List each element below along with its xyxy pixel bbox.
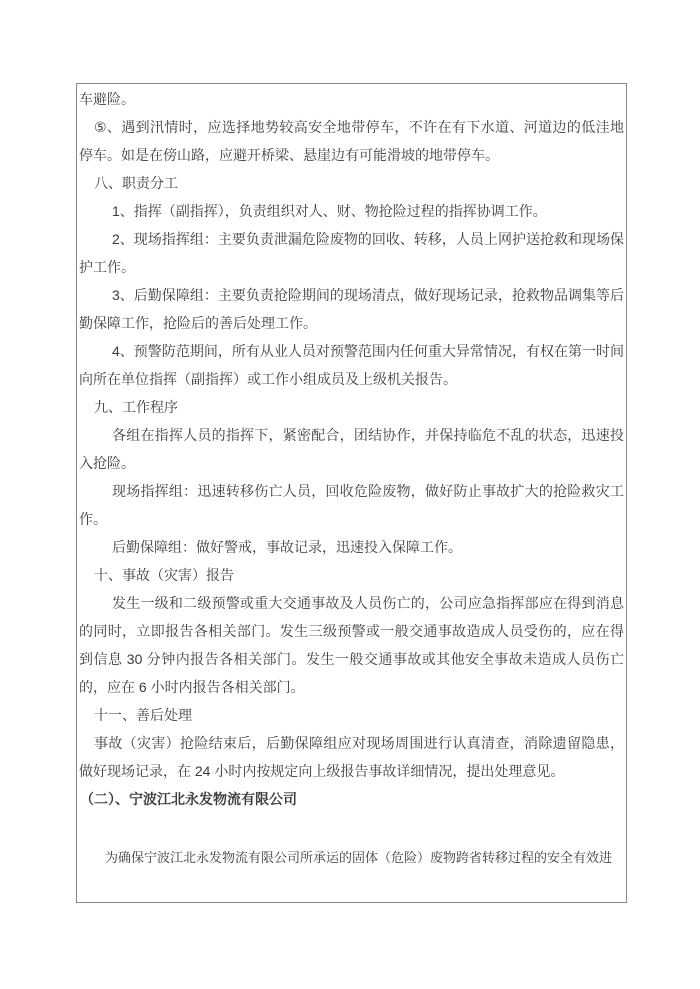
paragraph-site-command-group: 2、现场指挥组：主要负责泄漏危险废物的回收、转移，人员上网护送抢救和现场保护工作… bbox=[79, 225, 624, 281]
paragraph-logistics-action: 后勤保障组：做好警戒，事故记录，迅速投入保障工作。 bbox=[79, 533, 624, 561]
document-page: 车避险。 ⑤、遇到汛情时，应选择地势较高安全地带停车，不许在有下水道、河道边的低… bbox=[0, 0, 700, 989]
paragraph-report-rules: 发生一级和二级预警或重大交通事故及人员伤亡的，公司应急指挥部应在得到消息的同时，… bbox=[79, 589, 624, 701]
paragraph-teamwork: 各组在指挥人员的指挥下，紧密配合，团结协作，并保持临危不乱的状态，迅速投入抢险。 bbox=[79, 421, 624, 477]
section-heading-company: （二）、宁波江北永发物流有限公司 bbox=[79, 785, 624, 813]
paragraph-carryover: 车避险。 bbox=[79, 85, 624, 113]
heading-accident-report: 十、事故（灾害）报告 bbox=[79, 561, 624, 589]
heading-duty-division: 八、职责分工 bbox=[79, 169, 624, 197]
paragraph-site-command-action: 现场指挥组：迅速转移伤亡人员，回收危险废物，做好防止事故扩大的抢险救灾工作。 bbox=[79, 477, 624, 533]
paragraph-closing: 为确保宁波江北永发物流有限公司所承运的固体（危险）废物跨省转移过程的安全有效进 bbox=[79, 845, 624, 871]
paragraph-logistics-group: 3、后勤保障组：主要负责抢险期间的现场清点，做好现场记录，抢救物品调集等后勤保障… bbox=[79, 281, 624, 337]
document-frame: 车避险。 ⑤、遇到汛情时，应选择地势较高安全地带停车，不许在有下水道、河道边的低… bbox=[76, 83, 627, 903]
heading-work-procedure: 九、工作程序 bbox=[79, 393, 624, 421]
paragraph-flood-parking: ⑤、遇到汛情时，应选择地势较高安全地带停车，不许在有下水道、河道边的低洼地停车。… bbox=[79, 113, 624, 169]
paragraph-aftermath-detail: 事故（灾害）抢险结束后，后勤保障组应对现场周围进行认真清查，消除遗留隐患，做好现… bbox=[79, 729, 624, 785]
heading-aftermath: 十一、善后处理 bbox=[79, 701, 624, 729]
paragraph-warning-period: 4、预警防范期间，所有从业人员对预警范围内任何重大异常情况，有权在第一时间向所在… bbox=[79, 337, 624, 393]
paragraph-commander-duty: 1、指挥（副指挥），负责组织对人、财、物抢险过程的指挥协调工作。 bbox=[79, 197, 624, 225]
